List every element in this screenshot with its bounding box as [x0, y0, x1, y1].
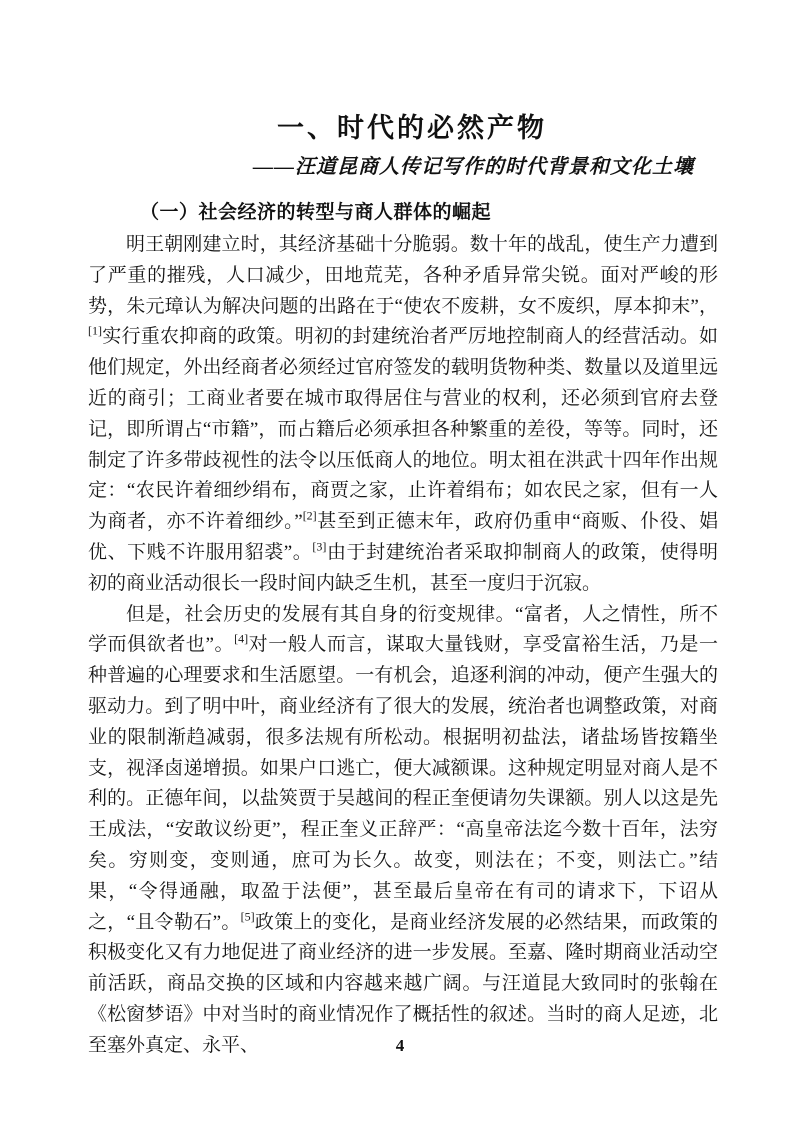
footnote-ref: [1]: [88, 324, 102, 338]
paragraph: 明王朝刚建立时，其经济基础十分脆弱。数十年的战乱，使生产力遭到了严重的摧残，人口…: [88, 230, 718, 600]
footnote-ref: [2]: [303, 509, 317, 523]
text-run: 明王朝刚建立时，其经济基础十分脆弱。数十年的战乱，使生产力遭到了严重的摧残，人口…: [88, 234, 718, 317]
footnote-ref: [3]: [312, 540, 326, 554]
section-heading: （一）社会经济的转型与商人群体的崛起: [88, 199, 718, 226]
text-run: 政策上的变化，是商业经济发展的必然结果，而政策的积极变化又有力地促进了商业经济的…: [88, 912, 718, 1056]
text-run: 对一般人而言，谋取大量钱财，享受富裕生活，乃是一种普遍的心理要求和生活愿望。一有…: [88, 634, 718, 932]
page-number: 4: [0, 1036, 800, 1056]
page-body: 一、时代的必然产物 ——汪道昆商人传记写作的时代背景和文化土壤 （一）社会经济的…: [0, 0, 800, 1062]
footnote-ref: [5]: [241, 909, 255, 923]
document-page: 一、时代的必然产物 ——汪道昆商人传记写作的时代背景和文化土壤 （一）社会经济的…: [0, 0, 800, 1134]
text-column: （一）社会经济的转型与商人群体的崛起 明王朝刚建立时，其经济基础十分脆弱。数十年…: [88, 199, 718, 1062]
footnote-ref: [4]: [234, 632, 248, 646]
text-run: 实行重农抑商的政策。明初的封建统治者严厉地控制商人的经营活动。如他们规定，外出经…: [88, 326, 718, 532]
body-text: 明王朝刚建立时，其经济基础十分脆弱。数十年的战乱，使生产力遭到了严重的摧残，人口…: [88, 230, 718, 1062]
chapter-title: 一、时代的必然产物: [12, 112, 800, 144]
chapter-subtitle: ——汪道昆商人传记写作的时代背景和文化土壤: [0, 152, 800, 182]
paragraph: 但是，社会历史的发展有其自身的衍变规律。“富者，人之情性，所不学而俱欲者也”。[…: [88, 600, 718, 1062]
